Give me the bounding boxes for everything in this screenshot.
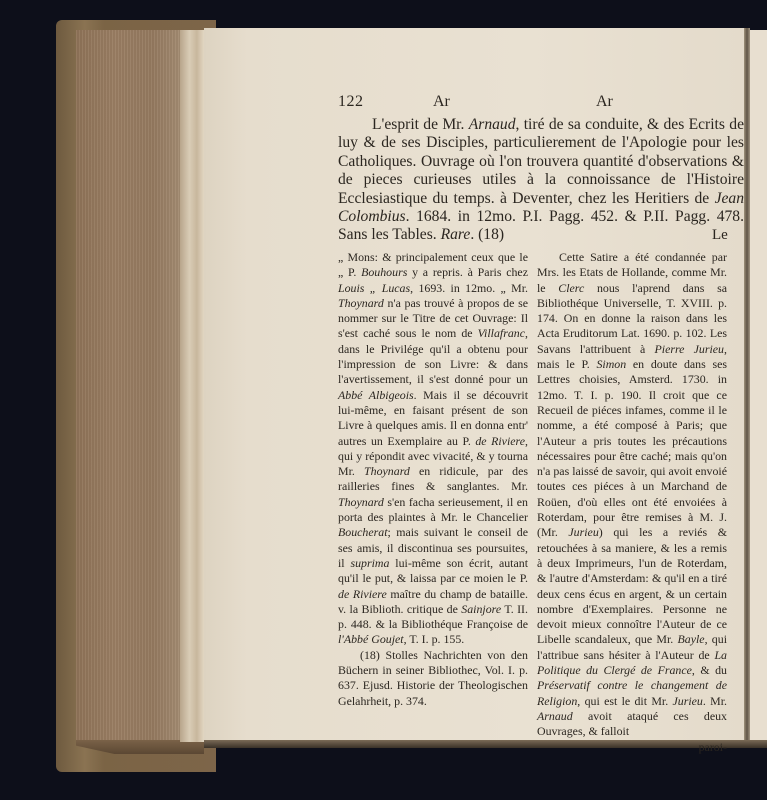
page-number: 122 xyxy=(338,93,364,111)
right-column-paragraph: Cette Satire a été condannée par Mrs. le… xyxy=(537,250,727,740)
entry-author: Arnaud xyxy=(469,116,516,133)
footnote-18: (18) Stolles Nachrichten von den Büchern… xyxy=(338,648,528,709)
running-head-right: Ar xyxy=(596,93,613,111)
entry-footnote-ref: . (18) xyxy=(470,226,504,243)
facing-page-edge xyxy=(750,30,767,742)
entry-rarity: Rare xyxy=(441,226,471,243)
bibliographic-entry: L'esprit de Mr. Arnaud, tiré de sa condu… xyxy=(338,116,744,245)
left-column-paragraph: „ Mons: & principalement ceux que le „ P… xyxy=(338,250,528,648)
page-edge-strips xyxy=(180,30,204,742)
entry-text: L'esprit de Mr. xyxy=(372,116,469,133)
running-head: 122 Ar Ar xyxy=(338,93,738,113)
catchword-entry: Le xyxy=(712,227,728,244)
left-column: „ Mons: & principalement ceux que le „ P… xyxy=(338,250,528,709)
right-column: Cette Satire a été condannée par Mrs. le… xyxy=(537,250,727,755)
running-head-left: Ar xyxy=(433,93,450,111)
catchword-column: paroi- xyxy=(537,740,727,755)
